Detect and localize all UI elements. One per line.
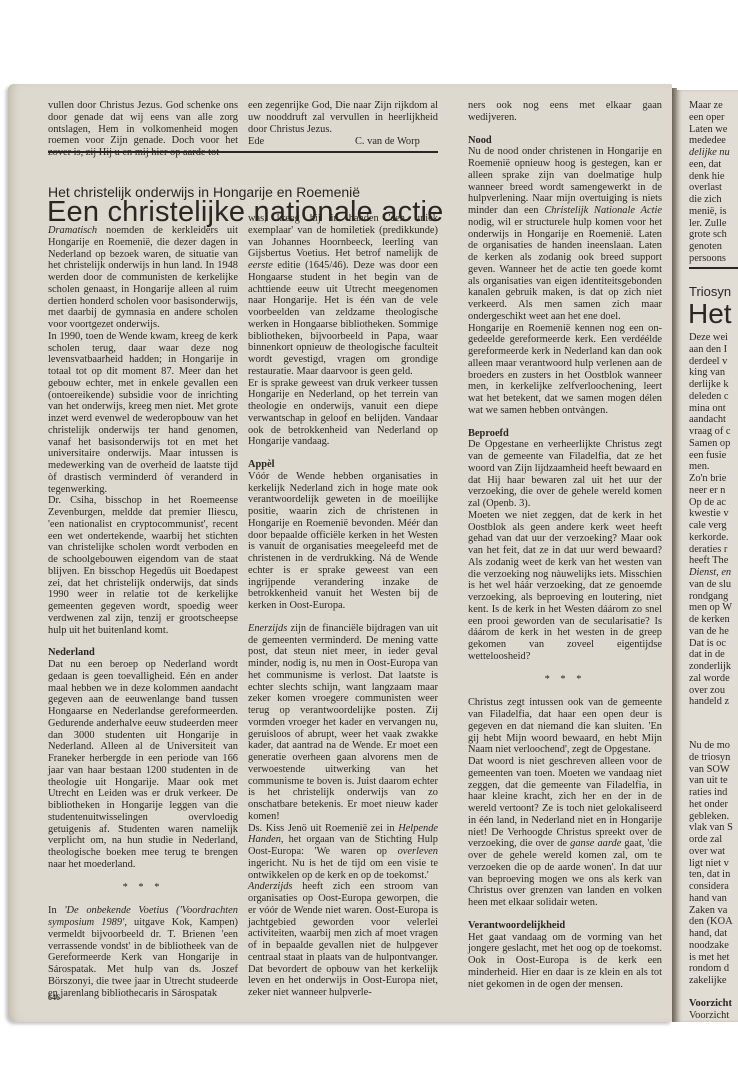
previous-article-text: een zegenrijke God, Die naar Zijn rijkdo… bbox=[248, 100, 438, 135]
subheading-beproefd: Beproefd bbox=[468, 428, 662, 440]
paragraph: Dat nu een beroep op Nederland wordt ged… bbox=[48, 659, 238, 871]
text-line: van de he bbox=[689, 626, 738, 638]
paragraph: In 1990, toen de Wende kwam, kreeg de ke… bbox=[48, 331, 238, 496]
italic-word: eerste bbox=[248, 260, 273, 271]
text-line: Maar ze bbox=[689, 100, 738, 112]
paragraph: De Opgestane en verheerlijkte Christus z… bbox=[468, 439, 662, 510]
text-line: zal worde bbox=[689, 673, 738, 685]
text-line: aan den I bbox=[689, 344, 738, 356]
previous-article-text: vullen door Christus Jezus. God schenke … bbox=[48, 100, 238, 159]
text-line: Nu de mo bbox=[689, 740, 738, 752]
text-line: derlijke k bbox=[689, 379, 738, 391]
next-page-kicker: Triosyn bbox=[689, 284, 738, 299]
text-line: orde zal bbox=[689, 834, 738, 846]
text-line: ten, dat in bbox=[689, 869, 738, 881]
paragraph-text: , uitgave Kok, Kampen) vermeldt bijvoorb… bbox=[48, 917, 238, 999]
text-line: hand van bbox=[689, 893, 738, 905]
next-page-bottom-text: Nu de mo de triosyn van SOW van uit te r… bbox=[689, 740, 738, 1021]
previous-article-col1: vullen door Christus Jezus. God schenke … bbox=[48, 100, 238, 159]
paragraph: Er is sprake geweest van druk verkeer tu… bbox=[248, 378, 438, 449]
text-line: den (KOA bbox=[689, 916, 738, 928]
section-break: * * * bbox=[48, 882, 238, 894]
section-divider bbox=[48, 151, 438, 153]
italic-lead: Anderzijds bbox=[248, 881, 292, 892]
paragraph-text: editie (1645/46). Deze was door een Hong… bbox=[248, 260, 438, 377]
italic-lead: Enerzijds bbox=[248, 623, 287, 634]
paragraph-text: was, kreeg hij in handen 'een uniek exem… bbox=[248, 213, 438, 259]
text-line: dat in de bbox=[689, 649, 738, 661]
article-column-2: was, kreeg hij in handen 'een uniek exem… bbox=[248, 213, 438, 999]
text-line: vraag of c bbox=[689, 426, 738, 438]
paragraph: In 'De onbekende Voetius ('Voordrachten … bbox=[48, 905, 238, 999]
paragraph-text: noemden de kerkleiders uit Hongarije en … bbox=[48, 225, 238, 330]
text-line: Op de ac bbox=[689, 497, 738, 509]
next-page-title: Het bbox=[688, 298, 738, 330]
text-line: menië, is bbox=[689, 206, 738, 218]
text-line: de triosyn bbox=[689, 752, 738, 764]
text-line: over zou bbox=[689, 685, 738, 697]
paragraph-text: nodig, wil er structurele hulp komen voo… bbox=[468, 217, 662, 322]
paragraph: Dr. Csiha, bisschop in het Roemeense Zev… bbox=[48, 495, 238, 636]
text-line: Voorzicht bbox=[689, 1010, 738, 1022]
text-line: een oper bbox=[689, 112, 738, 124]
next-page-top-text: Maar ze een oper Laten we mededee delijk… bbox=[689, 100, 738, 265]
section-break: * * * bbox=[468, 674, 662, 686]
text-line: van de slu bbox=[689, 579, 738, 591]
paragraph: Christus zegt intussen ook van de gemeen… bbox=[468, 697, 662, 756]
text-line: Dat is oc bbox=[689, 638, 738, 650]
paragraph: Ds. Kiss Jenö uit Roemenië zei in Helpen… bbox=[248, 823, 438, 882]
text-line: derdeel v bbox=[689, 356, 738, 368]
text-line: is met het bbox=[689, 952, 738, 964]
subheading-verantwoordelijkheid: Verantwoordelijkheid bbox=[468, 920, 662, 932]
paragraph: was, kreeg hij in handen 'een uniek exem… bbox=[248, 213, 438, 378]
paragraph: Enerzijds zijn de financiële bijdragen v… bbox=[248, 623, 438, 823]
paragraph: Anderzijds heeft zich een stroom van org… bbox=[248, 881, 438, 999]
text-line: overlast bbox=[689, 182, 738, 194]
text-line: handeld z bbox=[689, 696, 738, 708]
article-column-1: Dramatisch noemden de kerkleiders uit Ho… bbox=[48, 225, 238, 999]
paragraph-text: Dat woord is niet geschreven alleen voor… bbox=[468, 756, 662, 849]
text-line: ligt niet v bbox=[689, 858, 738, 870]
text-line: Laten we bbox=[689, 124, 738, 136]
text-line: deleden c bbox=[689, 391, 738, 403]
paragraph: Nu de nood onder christenen in Hongarije… bbox=[468, 146, 662, 322]
text-line: zakelijke bbox=[689, 975, 738, 987]
text-line: considera bbox=[689, 881, 738, 893]
italic-phrase: ganse aarde bbox=[570, 838, 621, 849]
page-number: 646 bbox=[48, 993, 60, 1002]
signature-author: C. van de Worp bbox=[355, 136, 420, 147]
paragraph-text: heeft zich een stroom van organisaties o… bbox=[248, 881, 438, 998]
previous-article-col2: een zegenrijke God, Die naar Zijn rijkdo… bbox=[248, 100, 438, 135]
paragraph: Vóór de Wende hebben organisaties in ker… bbox=[248, 471, 438, 612]
text-line: hand, dat bbox=[689, 928, 738, 940]
text-line: men. bbox=[689, 461, 738, 473]
text-line: Deze wei bbox=[689, 332, 738, 344]
paragraph-text: Ds. Kiss Jenö uit Roemenië zei in bbox=[248, 823, 398, 834]
text-line: grote sch bbox=[689, 229, 738, 241]
subheading-nood: Nood bbox=[468, 135, 662, 147]
text-line: kwestie v bbox=[689, 508, 738, 520]
text-line: Zaken va bbox=[689, 905, 738, 917]
text-line: ler. Zulle bbox=[689, 218, 738, 230]
text-line: vlak van S bbox=[689, 822, 738, 834]
text-line: het onder bbox=[689, 799, 738, 811]
text-line: cale verg bbox=[689, 520, 738, 532]
text-line: Dienst, en bbox=[689, 567, 738, 579]
text-line: Samen op bbox=[689, 438, 738, 450]
text-line: deraties r bbox=[689, 544, 738, 556]
paragraph-text: In bbox=[48, 905, 64, 916]
text-line: kerkorde. bbox=[689, 532, 738, 544]
subheading-appel: Appèl bbox=[248, 459, 438, 471]
text-line: king van bbox=[689, 367, 738, 379]
text-line: over wat bbox=[689, 846, 738, 858]
text-line: gebleken. bbox=[689, 811, 738, 823]
text-line: rondom d bbox=[689, 963, 738, 975]
text-line: neer er n bbox=[689, 485, 738, 497]
text-line: persoons bbox=[689, 253, 738, 265]
text-line: rondgang bbox=[689, 591, 738, 603]
text-line: een, dat bbox=[689, 159, 738, 171]
italic-lead: Dramatisch bbox=[48, 225, 97, 236]
text-line: van uit te bbox=[689, 775, 738, 787]
text-line: denk hie bbox=[689, 171, 738, 183]
next-page-heading-rule bbox=[689, 267, 738, 269]
text-line: aandacht bbox=[689, 414, 738, 426]
paragraph: Moeten we niet zeggen, dat de kerk in he… bbox=[468, 510, 662, 663]
signature-place: Ede bbox=[248, 136, 264, 147]
text-line: heeft The bbox=[689, 555, 738, 567]
italic-phrase: Christelijk Nationale Actie bbox=[544, 205, 662, 216]
text-line: men op W bbox=[689, 602, 738, 614]
paragraph-text: ingericht. Nu is het de tijd om een visi… bbox=[248, 858, 438, 881]
next-page-subheading: Voorzicht bbox=[689, 998, 738, 1010]
paragraph: Dramatisch noemden de kerkleiders uit Ho… bbox=[48, 225, 238, 331]
text-line: zonderlijk bbox=[689, 661, 738, 673]
text-line: die zich bbox=[689, 194, 738, 206]
text-line: mededee bbox=[689, 135, 738, 147]
subheading-nederland: Nederland bbox=[48, 647, 238, 659]
paragraph-text: zijn de financiële bijdragen van uit de … bbox=[248, 623, 438, 822]
paragraph: ners ook nog eens met elkaar gaan wedijv… bbox=[468, 100, 662, 124]
text-line: raties ind bbox=[689, 787, 738, 799]
text-line: genoten bbox=[689, 241, 738, 253]
next-page-body-text: Deze wei aan den I derdeel v king van de… bbox=[689, 332, 738, 708]
paragraph: Dat woord is niet geschreven alleen voor… bbox=[468, 756, 662, 909]
text-line: mina ont bbox=[689, 403, 738, 415]
article-column-3: ners ook nog eens met elkaar gaan wedijv… bbox=[468, 100, 662, 990]
text-line: de kerken bbox=[689, 614, 738, 626]
italic-word: overleven bbox=[398, 846, 438, 857]
text-line: noodzake bbox=[689, 940, 738, 952]
text-line: van SOW bbox=[689, 764, 738, 776]
text-line: delijke nu bbox=[689, 147, 738, 159]
text-line: een fusie bbox=[689, 450, 738, 462]
paragraph: Hongarije en Roemenië kennen nog een on-… bbox=[468, 323, 662, 417]
text-line: Zo'n brie bbox=[689, 473, 738, 485]
paragraph: Het gaat vandaag om de vorming van het j… bbox=[468, 932, 662, 991]
